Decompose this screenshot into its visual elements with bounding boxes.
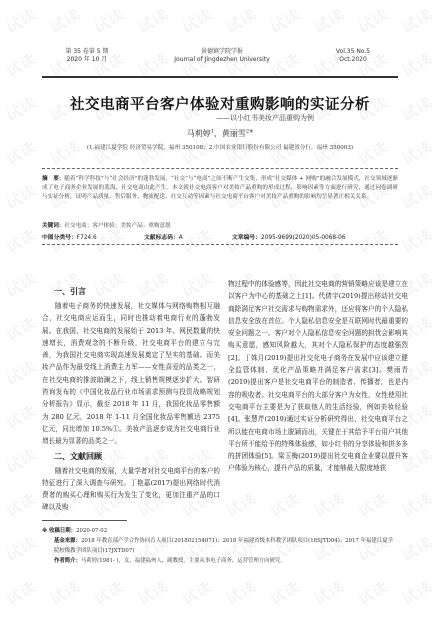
volume-text-en: Vol.35 No.5 [318,48,388,56]
received-value: 2020-07-02 [76,528,107,534]
review-paragraph-start: 随着社交电商的发展，大量学者对社交电商平台的客户的特征进行了深入调查与研究。丁艳… [42,465,220,514]
author-bio: 作者简介：马莉婷(1981- )，女，福建福州人，副教授，主要从事电子商务、运营… [42,556,398,566]
volume-text: 第 35 卷第 5 期 [52,48,122,56]
doc-code-label: 文献标志码： [144,235,179,241]
affiliations: (1.福建江夏学院 经济贸易学院，福州 350108；2.中国农业银行股份有限公… [0,143,440,151]
abstract: 摘 要：随着“科学科技”与“社会经济”的蓬勃发展，“社交”与“电商”之间不断产生… [42,175,398,203]
author-1: 马莉婷 [187,129,211,138]
divider-top [42,168,398,169]
article-no-value: 2095-9699(2020)05-0068-06 [261,235,346,241]
abstract-text: 随着“科学科技”与“社会经济”的蓬勃发展，“社交”与“电商”之间不断产生交集，形… [42,176,398,200]
paper-title: 社交电商平台客户体验对重购影响的实证分析 [0,93,440,114]
journal-name: 景德镇学院学报 Journal of Jingdezhen University [172,48,272,64]
section-heading-intro: 一、引言 [54,285,220,298]
author-bio-value: 马莉婷(1981- )，女，福建福州人，副教授，主要从事电子商务、运营管理方向研… [81,558,286,564]
abstract-label: 摘 要： [42,176,64,182]
fund-label: 基金来源： [54,538,81,544]
journal-header: 第 35 卷第 5 期 2020 年 10 月 景德镇学院学报 Journal … [42,48,398,78]
author-2: 黄丽雪 [222,129,246,138]
authors: 马莉婷1，黄丽雪2※ [0,128,440,139]
section-heading-review: 二、文献回顾 [54,450,220,463]
review-paragraph-cont: 物过程中的体验感等，因此社交电商的营销策略应该是建立在以客户为中心的基础之上[1… [228,278,408,475]
keywords-label: 关键词： [42,223,64,229]
author-separator: ， [214,129,222,138]
keywords: 关键词：社交电商；客户体验；美妆产品；重购意愿 [42,221,398,229]
divider-bottom [42,244,398,245]
right-column: 物过程中的体验感等，因此社交电商的营销策略应该是建立在以客户为中心的基础之上[1… [228,278,408,475]
paper-page: 第 35 卷第 5 期 2020 年 10 月 景德镇学院学报 Journal … [0,0,440,620]
date-text-en: Oct.2020 [318,56,388,64]
author-2-sup: 2※ [246,128,253,134]
intro-paragraph: 随着电子商务的快速发展，社交媒体与网络购物相互融合，社交电商应运而生，同时也推动… [42,300,220,448]
fund-value: 2018 年教育部产学合作协同育人项目(201802154071)；2018 年… [54,538,393,554]
doc-code-value: A [179,235,183,241]
date-text: 2020 年 10 月 [52,56,122,64]
volume-issue: 第 35 卷第 5 期 2020 年 10 月 [52,48,122,64]
journal-name-cn: 景德镇学院学报 [172,48,272,56]
article-no-label: 文章编号： [232,235,261,241]
left-column: 一、引言 随着电子商务的快速发展，社交媒体与网络购物相互融合，社交电商应运而生，… [42,283,220,514]
paper-subtitle: ——以小红书美妆产品重购为例 [0,113,440,123]
fund-source: 基金来源：2018 年教育部产学合作协同育人项目(201802154071)；2… [42,536,398,556]
journal-name-en: Journal of Jingdezhen University [172,56,272,64]
clc-value: F724.6 [77,235,97,241]
footnotes: ※ 收稿日期：2020-07-02 基金来源：2018 年教育部产学合作协同育人… [42,526,398,566]
footnote-rule [42,520,127,521]
keywords-text: 社交电商；客户体验；美妆产品；重购意愿 [64,223,170,229]
clc-label: 中图分类号： [42,235,77,241]
received-date: ※ 收稿日期：2020-07-02 [42,526,398,536]
received-label: ※ 收稿日期： [42,528,76,534]
author-bio-label: 作者简介： [54,558,81,564]
volume-issue-en: Vol.35 No.5 Oct.2020 [318,48,388,64]
